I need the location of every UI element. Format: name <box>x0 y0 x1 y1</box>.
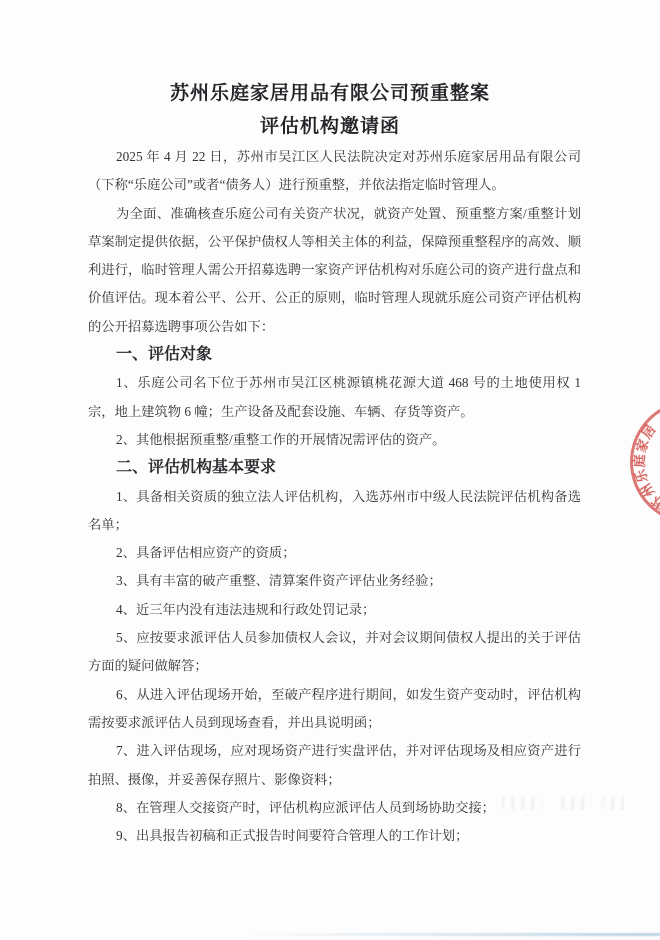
section-2-item-3: 3、具有丰富的破产重整、清算案件资产评估业务经验； <box>88 567 581 595</box>
section-2-item-4: 4、近三年内没有违法违规和行政处罚记录； <box>88 596 581 624</box>
seal-character: 苏 <box>648 491 660 514</box>
section-2-heading: 二、评估机构基本要求 <box>88 454 581 482</box>
seal-character: 庭 <box>632 453 648 469</box>
scanned-document-page: 苏州乐庭家居用品有限公司预重整案 评估机构邀请函 2025 年 4 月 22 日… <box>0 0 660 940</box>
paragraph-recruitment-purpose: 为全面、准确核查乐庭公司有关资产状况，就资产处置、预重整方案/重整计划草案制定提… <box>88 200 581 341</box>
section-2-item-6: 6、从进入评估现场开始，至破产程序进行期间，如发生资产变动时，评估机构需按要求派… <box>88 681 581 738</box>
scan-artifact-line <box>240 933 660 936</box>
section-2-item-2: 2、具备评估相应资产的资质； <box>88 539 581 567</box>
paragraph-court-decision: 2025 年 4 月 22 日，苏州市吴江区人民法院决定对苏州乐庭家居用品有限公… <box>88 143 581 200</box>
seal-character: 乐 <box>632 466 652 486</box>
seal-character: 居 <box>638 421 660 443</box>
document-subtitle: 评估机构邀请函 <box>0 115 660 139</box>
seal-character: 州 <box>637 479 659 501</box>
company-seal: 苏 州 乐 庭 家 居 <box>600 390 660 540</box>
title-block: 苏州乐庭家居用品有限公司预重整案 评估机构邀请函 <box>0 0 660 139</box>
section-1-item-1: 1、乐庭公司名下位于苏州市吴江区桃源镇桃花源大道 468 号的土地使用权 1 宗… <box>88 369 581 426</box>
section-2-item-5: 5、应按要求派评估人员参加债权人会议，并对会议期间债权人提出的关于评估方面的疑问… <box>88 624 581 681</box>
section-1-heading: 一、评估对象 <box>88 341 581 369</box>
document-body: 2025 年 4 月 22 日，苏州市吴江区人民法院决定对苏州乐庭家居用品有限公… <box>88 143 581 850</box>
document-title: 苏州乐庭家居用品有限公司预重整案 <box>0 82 660 106</box>
section-2-item-1: 1、具备相关资质的独立法人评估机构，入选苏州市中级人民法院评估机构备选名单； <box>88 483 581 540</box>
section-2-item-7: 7、进入评估现场，应对现场资产进行实盘评估，并对评估现场及相应资产进行拍照、摄像… <box>88 737 581 794</box>
faint-bleed-through-marks <box>502 796 624 810</box>
section-2-item-9: 9、出具报告初稿和正式报告时间要符合管理人的工作计划； <box>88 822 581 850</box>
seal-character: 家 <box>633 436 653 456</box>
section-1-item-2: 2、其他根据预重整/重整工作的开展情况需评估的资产。 <box>88 426 581 454</box>
seal-ring-icon <box>630 400 660 524</box>
